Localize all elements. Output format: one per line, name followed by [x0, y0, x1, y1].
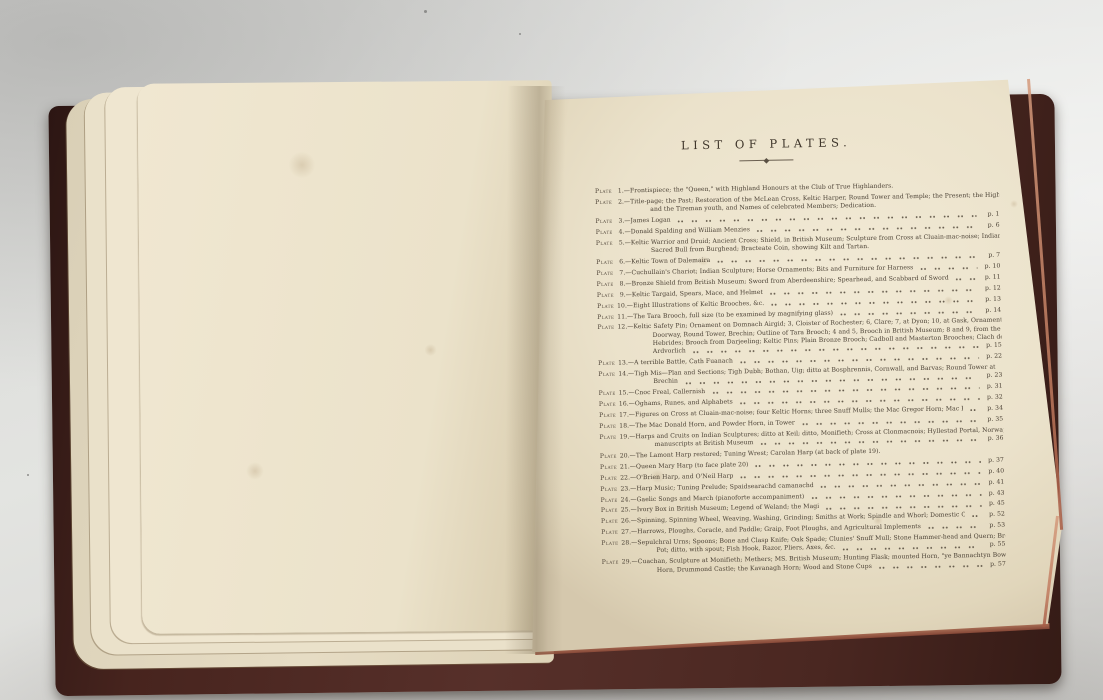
- page-ref: p. 15: [984, 342, 1002, 351]
- page-ref: p. 41: [986, 478, 1004, 487]
- page-ref: p. 1: [981, 211, 999, 220]
- page-ref: p. 34: [985, 405, 1003, 414]
- dot-leaders: [840, 308, 978, 317]
- plate-label: Plate: [595, 188, 612, 197]
- dust-speck: [519, 33, 521, 35]
- plate-label: Plate: [600, 485, 617, 494]
- plate-label: Plate: [601, 540, 618, 549]
- plate-number: 12.—: [617, 324, 633, 333]
- plate-number: 5.—: [616, 239, 631, 248]
- plate-number: 23.—: [620, 485, 636, 494]
- plate-label: Plate: [596, 259, 613, 268]
- plate-number: 1.—: [615, 187, 630, 196]
- page-ref: p. 40: [986, 467, 1004, 476]
- plate-number: 18.—: [619, 422, 635, 431]
- foxing-spot: [424, 344, 437, 356]
- page-ref: p. 22: [984, 353, 1002, 362]
- plate-label: Plate: [598, 371, 615, 380]
- plate-number: 10.—: [617, 302, 633, 311]
- plate-label: Plate: [597, 313, 614, 322]
- foxing-spot: [288, 152, 316, 178]
- dot-leaders: [879, 562, 983, 570]
- plate-number: 28.—: [621, 539, 637, 548]
- page-ref: p. 53: [987, 522, 1005, 531]
- page-ref: p. 31: [985, 383, 1003, 392]
- dot-leaders: [712, 384, 979, 395]
- gutter-shadow: [505, 86, 566, 654]
- plate-label: Plate: [596, 229, 613, 238]
- plate-text: Oghams, Runes, and Alphabets: [635, 399, 733, 409]
- dot-leaders: [740, 395, 980, 405]
- plate-number: 29.—: [622, 559, 638, 568]
- page-ref: p. 57: [988, 560, 1006, 569]
- plate-number: 11.—: [617, 313, 633, 322]
- plate-number: 20.—: [620, 452, 636, 461]
- plate-label: Plate: [599, 433, 616, 442]
- plate-label: Plate: [597, 324, 614, 333]
- plate-text: Gaelic Songs and March (pianoforte accom…: [637, 493, 805, 504]
- plate-label: Plate: [599, 412, 616, 421]
- page-ref: p. 43: [986, 489, 1004, 498]
- dust-speck: [27, 474, 29, 476]
- plate-label: Plate: [602, 559, 619, 568]
- photo-backdrop: LIST OF PLATES. Plate1.—Frontispiece; th…: [0, 0, 1103, 700]
- plate-text: Cnoc Freal, Callernish: [635, 388, 706, 398]
- plate-number: 25.—: [621, 507, 637, 516]
- plate-label: Plate: [601, 529, 618, 538]
- plate-number: 24.—: [621, 496, 637, 505]
- plate-number: 2.—: [615, 198, 630, 207]
- foxing-spot: [1010, 200, 1018, 208]
- plate-number: 3.—: [615, 217, 630, 226]
- page-ref: p. 55: [987, 541, 1005, 550]
- plate-entry: Plate12.—Keltic Safety Pin; Ornament on …: [597, 317, 1002, 358]
- dot-leaders: [802, 417, 980, 426]
- plate-number: 21.—: [620, 463, 636, 472]
- left-blank-page: [138, 80, 557, 634]
- plate-label: Plate: [601, 507, 618, 516]
- plates-list: Plate1.—Frontispiece; the "Queen," with …: [595, 181, 1006, 576]
- plate-label: Plate: [599, 401, 616, 410]
- plate-number: 27.—: [621, 529, 637, 538]
- page-ref: p. 23: [984, 372, 1002, 381]
- page-ref: p. 13: [983, 295, 1001, 304]
- page-ref: p. 37: [986, 456, 1004, 465]
- dot-leaders: [740, 354, 979, 364]
- title-ornament: [739, 157, 793, 163]
- plate-number: 22.—: [620, 474, 636, 483]
- dust-speck: [424, 10, 427, 13]
- dot-leaders: [843, 543, 983, 552]
- page-ref: p. 7: [982, 252, 1000, 261]
- plate-text: James Logan: [630, 217, 670, 226]
- plate-label: Plate: [597, 291, 614, 300]
- plate-text: Queen Mary Harp (to face plate 20): [636, 461, 749, 471]
- dot-leaders: [717, 253, 977, 264]
- plate-number: 13.—: [618, 359, 634, 368]
- dot-leaders: [970, 406, 980, 412]
- dot-leaders: [821, 480, 982, 489]
- page-ref: p. 52: [987, 511, 1005, 520]
- dot-leaders: [928, 523, 982, 530]
- plate-label: Plate: [600, 464, 617, 473]
- dot-leaders: [770, 286, 978, 296]
- plate-label: Plate: [601, 496, 618, 505]
- plate-text: A terrible Battle, Cath Fuanach: [634, 358, 733, 368]
- plate-number: 4.—: [616, 228, 631, 237]
- plate-label: Plate: [600, 474, 617, 483]
- plate-label: Plate: [599, 390, 616, 399]
- plate-number: 7.—: [616, 269, 631, 278]
- plate-number: 9.—: [617, 291, 632, 300]
- page-ref: p. 35: [985, 415, 1003, 424]
- plate-text: Ardvorlich: [653, 348, 686, 357]
- page-ref: p. 12: [983, 284, 1001, 293]
- dot-leaders: [757, 223, 977, 233]
- plate-text: The Mac Donald Horn, and Powder Horn, in…: [635, 419, 795, 430]
- plate-label: Plate: [600, 453, 617, 462]
- page-ref: p. 6: [982, 222, 1000, 231]
- plate-label: Plate: [597, 302, 614, 311]
- plate-label: Plate: [595, 199, 612, 208]
- dot-leaders: [956, 275, 978, 281]
- page-content: LIST OF PLATES. Plate1.—Frontispiece; th…: [594, 133, 1006, 579]
- plate-text: Harp Music; Tuning Prelude; Spaidsearach…: [636, 482, 814, 494]
- page-ref: p. 10: [982, 263, 1000, 272]
- dot-leaders: [811, 491, 981, 500]
- dot-leaders: [972, 512, 982, 518]
- plate-label: Plate: [596, 240, 613, 249]
- plate-number: 26.—: [621, 518, 637, 527]
- plate-number: 6.—: [616, 258, 631, 267]
- plate-text: Eight Illustrations of Keltic Brooches, …: [633, 300, 764, 311]
- plate-number: 14.—: [618, 370, 634, 379]
- page-ref: p. 14: [983, 306, 1001, 315]
- plate-label: Plate: [598, 360, 615, 369]
- plate-text: Ivory Box in British Museum; Legend of W…: [637, 503, 820, 515]
- plate-text: Keltic Targaid, Spears, Mace, and Helmet: [632, 289, 763, 300]
- plate-text: manuscripts at British Museum: [655, 439, 754, 449]
- dot-leaders: [920, 264, 977, 271]
- plate-label: Plate: [595, 218, 612, 227]
- plate-text: Donald Spalding and William Menzies: [631, 226, 750, 236]
- dot-leaders: [826, 502, 982, 511]
- page-ref: p. 11: [983, 273, 1001, 282]
- plate-text: The Tara Brooch, full size (to be examin…: [633, 309, 833, 321]
- dot-leaders: [740, 469, 981, 479]
- page-ref: p. 36: [985, 435, 1003, 444]
- plate-number: 17.—: [619, 411, 635, 420]
- dot-leaders: [771, 297, 978, 307]
- plate-number: 19.—: [619, 433, 635, 442]
- plate-label: Plate: [596, 270, 613, 279]
- plate-label: Plate: [599, 423, 616, 432]
- plate-number: 15.—: [619, 390, 635, 399]
- plate-label: Plate: [601, 518, 618, 527]
- plate-label: Plate: [597, 280, 614, 289]
- dot-leaders: [755, 458, 981, 468]
- plate-text: O'Brien Harp, and O'Neil Harp: [636, 472, 733, 482]
- plate-number: 16.—: [619, 400, 635, 409]
- page-ref: p. 45: [987, 500, 1005, 509]
- page-ref: p. 32: [985, 394, 1003, 403]
- foxing-spot: [246, 462, 264, 480]
- plate-text: Keltic Town of Dalemaira: [631, 257, 710, 267]
- plate-number: 8.—: [617, 280, 632, 289]
- plate-text: Brechin: [653, 378, 678, 387]
